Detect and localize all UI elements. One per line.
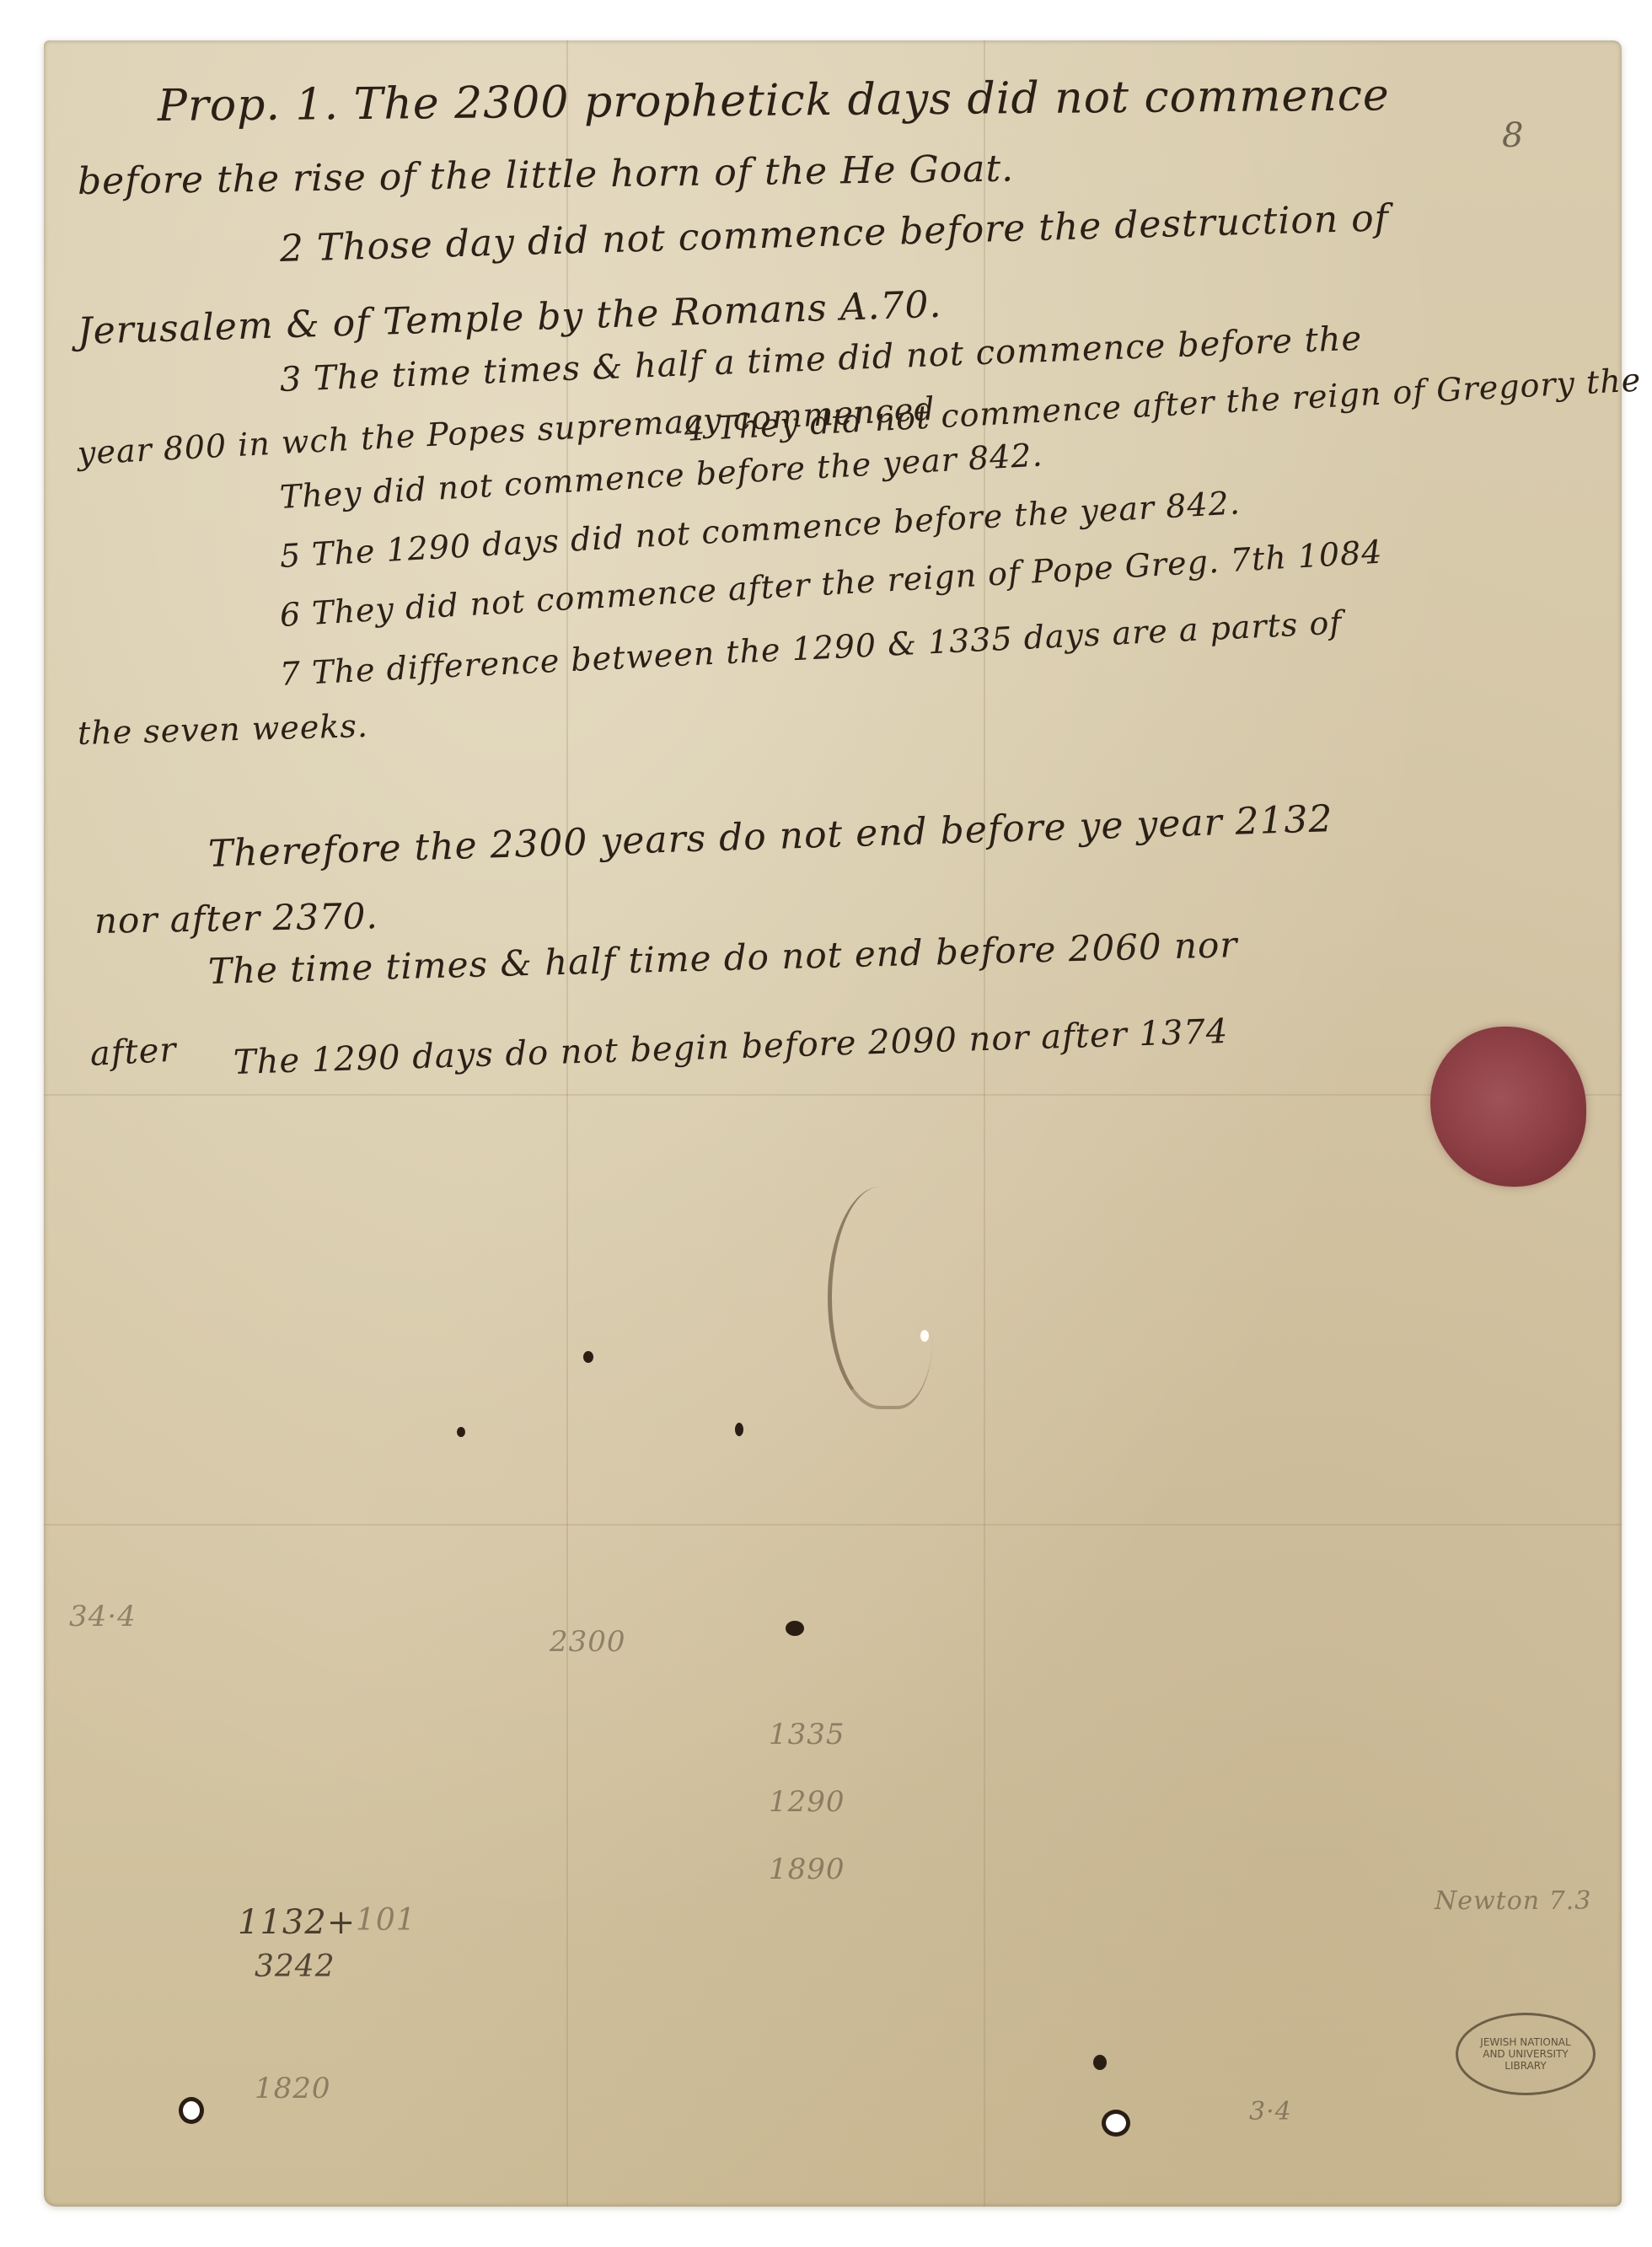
stamp-line: AND UNIVERSITY [1483,2048,1568,2060]
calc-fragment: 1335 [769,1718,845,1751]
ink-spot [457,1427,465,1437]
paper-hole [179,2097,204,2124]
margin-note: Newton 7.3 [1435,1886,1591,1916]
calc-fragment: 1890 [769,1853,845,1886]
page-number: 8 [1502,116,1523,155]
conclusion-line: Therefore the 2300 years do not end befo… [207,797,1333,876]
conclusion-line: after [89,1031,178,1074]
conclusion-line: nor after 2370. [94,895,379,941]
calc-fragment: 3·4 [1249,2097,1292,2126]
fold-line [44,1094,1622,1096]
manuscript-page: 8 Prop. 1. The 2300 prophetick days did … [44,40,1622,2207]
ink-spot [583,1351,593,1363]
paper-hole [920,1330,929,1342]
calc-fragment: 2300 [550,1625,626,1659]
ink-spot [786,1621,804,1636]
library-stamp: JEWISH NATIONAL AND UNIVERSITY LIBRARY [1456,2013,1596,2095]
ink-spot [735,1423,743,1436]
calc-fragment: 1290 [769,1785,845,1819]
manuscript-line: before the rise of the little horn of th… [78,147,1015,203]
manuscript-line: 2 Those day did not commence before the … [279,196,1389,271]
manuscript-line: Prop. 1. The 2300 prophetick days did no… [158,70,1390,131]
calc-fragment: 1820 [255,2072,331,2105]
calc-fragment: 3242 [255,1949,335,1984]
paper-hole [1102,2110,1130,2137]
stamp-line: JEWISH NATIONAL [1480,2036,1570,2048]
calc-fragment: 101 [356,1903,416,1938]
faint-sketch [828,1187,933,1409]
calc-fragment: 1132+ [238,1903,356,1942]
ink-spot [1093,2055,1107,2070]
calc-fragment: 34·4 [69,1600,137,1633]
wax-seal [1430,1027,1586,1187]
fold-line [44,1524,1622,1526]
manuscript-line: the seven weeks. [77,707,368,752]
stamp-line: LIBRARY [1504,2060,1546,2072]
conclusion-line: The 1290 days do not begin before 2090 n… [233,1012,1229,1082]
